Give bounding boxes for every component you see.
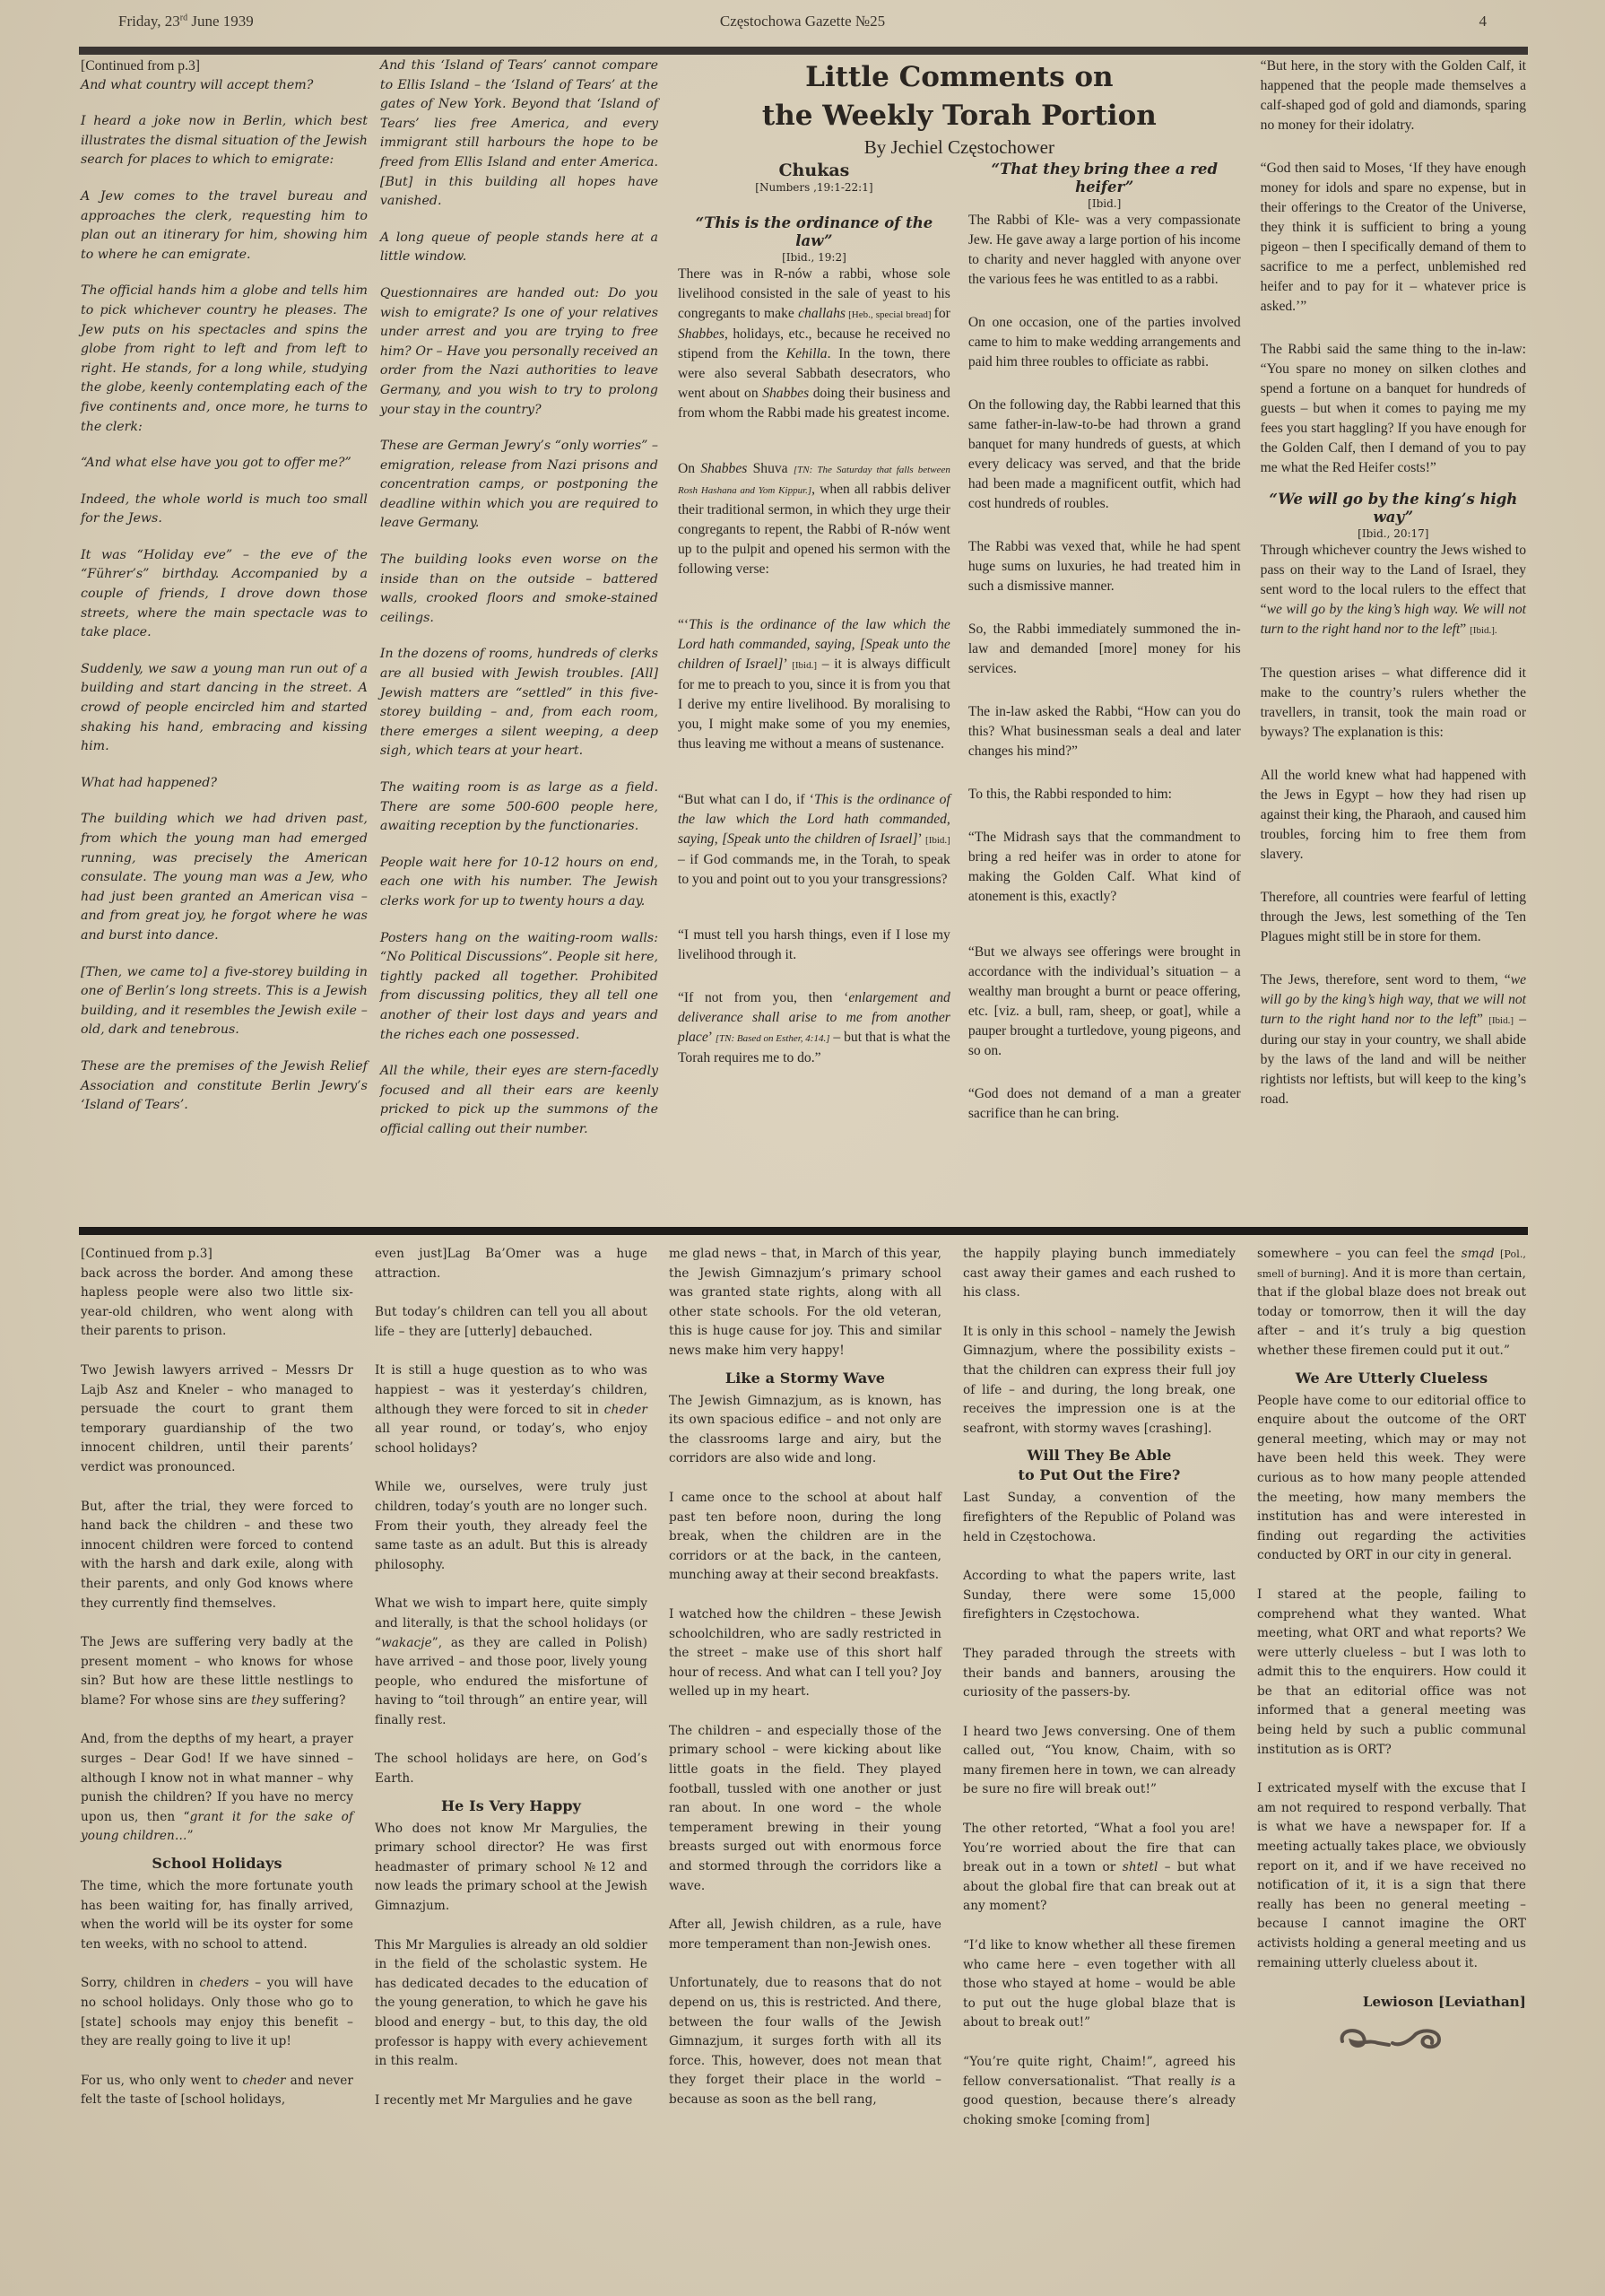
paragraph: The Rabbi of Kle- was a very compassiona… [968,211,1241,290]
paragraph: These are the premises of the Jewish Rel… [81,1057,368,1116]
paragraph: According to what the papers write, last… [963,1567,1236,1625]
berlin-article-col2: And this ‘Island of Tears’ cannot compar… [378,57,660,1222]
ornament-flourish-icon [1257,2020,1526,2057]
paragraph: All the while, their eyes are stern-face… [380,1062,658,1139]
paragraph: “The Midrash says that the commandment t… [968,828,1241,907]
paragraph: To this, the Rabbi responded to him: [968,785,1241,804]
masthead: Friday, 23rd June 1939 Częstochowa Gazet… [118,13,1487,34]
paragraph: [Then, we came to] a five-storey buildin… [81,963,368,1040]
paragraph: The Jews, therefore, sent word to them, … [1261,970,1526,1109]
paragraph: I extricated myself with the excuse that… [1257,1779,1526,1973]
paragraph: “But what can I do, if ‘This is the ordi… [678,790,950,890]
paragraph: “God then said to Moses, ‘If they have e… [1261,159,1526,317]
torah-article-col5: “But here, in the story with the Golden … [1259,57,1528,1222]
paragraph: Indeed, the whole world is much too smal… [81,491,368,529]
quote-heading: “That they bring thee a red heifer” [968,161,1241,196]
paragraph: People have come to our editorial office… [1257,1392,1526,1566]
paragraph: After all, Jewish children, as a rule, h… [669,1916,941,1954]
section-heading: He Is Very Happy [375,1796,647,1816]
title-line: Little Comments on [669,58,1250,97]
paragraph: Suddenly, we saw a young man run out of … [81,660,368,757]
paragraph: Two Jewish lawyers arrived – Messrs Dr L… [81,1361,353,1478]
paragraph: I recently met Mr Margulies and he gave [375,2092,647,2111]
paragraph: What we wish to impart here, quite simpl… [375,1595,647,1730]
paragraph: I stared at the people, failing to compr… [1257,1586,1526,1760]
paragraph: The other retorted, “What a fool you are… [963,1820,1236,1917]
paragraph: The time, which the more fortunate youth… [81,1877,353,1954]
paragraph: I came once to the school at about half … [669,1489,941,1586]
paragraph: Sorry, children in cheders – you will ha… [81,1974,353,2051]
paragraph: I heard two Jews conversing. One of them… [963,1723,1236,1800]
paragraph: These are German Jewry’s “only worries” … [380,437,658,534]
paragraph: The in-law asked the Rabbi, “How can you… [968,702,1241,761]
page-number: 4 [1479,13,1488,30]
article-byline: By Jechiel Częstochower [669,135,1250,159]
paragraph: On one occasion, one of the parties invo… [968,313,1241,372]
paragraph: “If not from you, then ‘enlargement and … [678,988,950,1068]
quote-heading: “We will go by the king’s high way” [1261,491,1526,526]
paragraph: “But we always see offerings were brough… [968,943,1241,1061]
berlin-article-col1: [Continued from p.3] And what country wi… [79,57,369,1222]
paragraph: But, after the trial, they were forced t… [81,1498,353,1614]
paragraph: The Jews are suffering very badly at the… [81,1633,353,1710]
paragraph: This Mr Margulies is already an old sold… [375,1936,647,2072]
heading-line: Will They Be Able [963,1446,1236,1465]
paragraph: Questionnaires are handed out: Do you wi… [380,284,658,420]
paragraph: The waiting room is as large as a field.… [380,778,658,837]
article-title: Little Comments on the Weekly Torah Port… [669,58,1250,135]
paragraph: People wait here for 10-12 hours on end,… [380,854,658,912]
paragraph: All the world knew what had happened wit… [1261,766,1526,865]
paragraph: “And what else have you got to offer me?… [81,454,368,474]
bottom-col3: me glad news – that, in March of this ye… [667,1245,943,2231]
section-heading: Will They Be Able to Put Out the Fire? [963,1446,1236,1485]
paragraph: “God does not demand of a man a greater … [968,1084,1241,1124]
paragraph: “You’re quite right, Chaim!”, agreed his… [963,2053,1236,2130]
bottom-section: [Continued from p.3] back across the bor… [79,1245,1528,2231]
parsha-name: Chukas [678,161,950,180]
paragraph: even just]Lag Ba’Omer was a huge attract… [375,1245,647,1283]
paragraph: There was in R-nów a rabbi, whose sole l… [678,265,950,423]
paragraph: So, the Rabbi immediately summoned the i… [968,620,1241,679]
parsha-ref: [Numbers ,19:1-22:1] [678,180,950,195]
paragraph: The official hands him a globe and tells… [81,282,368,437]
middle-rule-divider [79,1227,1528,1235]
section-heading: Like a Stormy Wave [669,1369,941,1388]
torah-portion-article: Little Comments on the Weekly Torah Port… [669,57,1250,1222]
paragraph: It is still a huge question as to who wa… [375,1361,647,1458]
quote-ref: [Ibid., 19:2] [678,250,950,265]
paragraph: A Jew comes to the travel bureau and app… [81,187,368,265]
paragraph: The Rabbi was vexed that, while he had s… [968,537,1241,596]
paragraph: And what country will accept them? [81,76,368,96]
torah-subcol-left: Chukas [Numbers ,19:1-22:1] “This is the… [669,161,959,1147]
section-heading: School Holidays [81,1854,353,1874]
top-rule-divider [79,47,1528,55]
paragraph: somewhere – you can feel the smąd [Pol.,… [1257,1245,1526,1361]
paragraph: the happily playing bunch immediately ca… [963,1245,1236,1303]
article-body: And this ‘Island of Tears’ cannot compar… [380,57,658,1140]
paragraph: Who does not know Mr Margulies, the prim… [375,1820,647,1917]
paragraph: “‘This is the ordinance of the law which… [678,615,950,754]
bottom-col4: the happily playing bunch immediately ca… [961,1245,1237,2231]
author-signature: Lewioson [Leviathan] [1257,1993,1526,2013]
paragraph: The children – and especially those of t… [669,1722,941,1896]
paragraph: For us, who only went to cheder and neve… [81,2072,353,2110]
bottom-col5: somewhere – you can feel the smąd [Pol.,… [1255,1245,1528,2231]
paragraph: While we, ourselves, were truly just chi… [375,1478,647,1575]
paragraph: On the following day, the Rabbi learned … [968,396,1241,514]
continued-note: [Continued from p.3] [81,57,368,76]
paragraph: “But here, in the story with the Golden … [1261,57,1526,135]
paragraph: Unfortunately, due to reasons that do no… [669,1974,941,2109]
article-body: And what country will accept them? I hea… [81,76,368,1116]
paragraph: A long queue of people stands here at a … [380,229,658,267]
paragraph: It is only in this school – namely the J… [963,1323,1236,1439]
paragraph: back across the border. And among these … [81,1265,353,1342]
paragraph: The Rabbi said the same thing to the in-… [1261,340,1526,478]
quote-ref: [Ibid.] [968,196,1241,211]
paragraph: I heard a joke now in Berlin, which best… [81,112,368,170]
paragraph: “I must tell you harsh things, even if I… [678,926,950,965]
paragraph: And this ‘Island of Tears’ cannot compar… [380,57,658,212]
bottom-col2: even just]Lag Ba’Omer was a huge attract… [373,1245,649,2231]
paragraph: The school holidays are here, on God’s E… [375,1750,647,1788]
heading-line: to Put Out the Fire? [963,1465,1236,1485]
continued-note: [Continued from p.3] [81,1245,353,1265]
title-line: the Weekly Torah Portion [669,97,1250,135]
torah-subcol-right: “That they bring thee a red heifer” [Ibi… [959,161,1250,1147]
top-section: [Continued from p.3] And what country wi… [79,57,1528,1222]
paragraph: Therefore, all countries were fearful of… [1261,888,1526,947]
paragraph: The question arises – what difference di… [1261,664,1526,743]
paragraph: And, from the depths of my heart, a pray… [81,1730,353,1847]
quote-ref: [Ibid., 20:17] [1261,526,1526,541]
paragraph: Through whichever country the Jews wishe… [1261,541,1526,640]
paragraph: Posters hang on the waiting-room walls: … [380,929,658,1046]
paragraph: The Jewish Gimnazjum, as is known, has i… [669,1392,941,1469]
paragraph: “I’d like to know whether all these fire… [963,1936,1236,2033]
paragraph: The building which we had driven past, f… [81,810,368,945]
paragraph: The building looks even worse on the ins… [380,551,658,628]
section-heading: We Are Utterly Clueless [1257,1369,1526,1388]
paragraph: me glad news – that, in March of this ye… [669,1245,941,1361]
paragraph: It was “Holiday eve” – the eve of the “F… [81,546,368,643]
paragraph: In the dozens of rooms, hundreds of cler… [380,645,658,761]
paragraph: But today’s children can tell you all ab… [375,1303,647,1342]
paragraph: What had happened? [81,774,368,794]
paragraph: I watched how the children – these Jewis… [669,1605,941,1702]
paragraph: Last Sunday, a convention of the firefig… [963,1489,1236,1547]
paper-title: Częstochowa Gazette №25 [118,13,1487,30]
paragraph: On Shabbes Shuva [TN: The Saturday that … [678,459,950,579]
bottom-col1: [Continued from p.3] back across the bor… [79,1245,355,2231]
paragraph: They paraded through the streets with th… [963,1645,1236,1703]
quote-heading: “This is the ordinance of the law” [678,214,950,250]
